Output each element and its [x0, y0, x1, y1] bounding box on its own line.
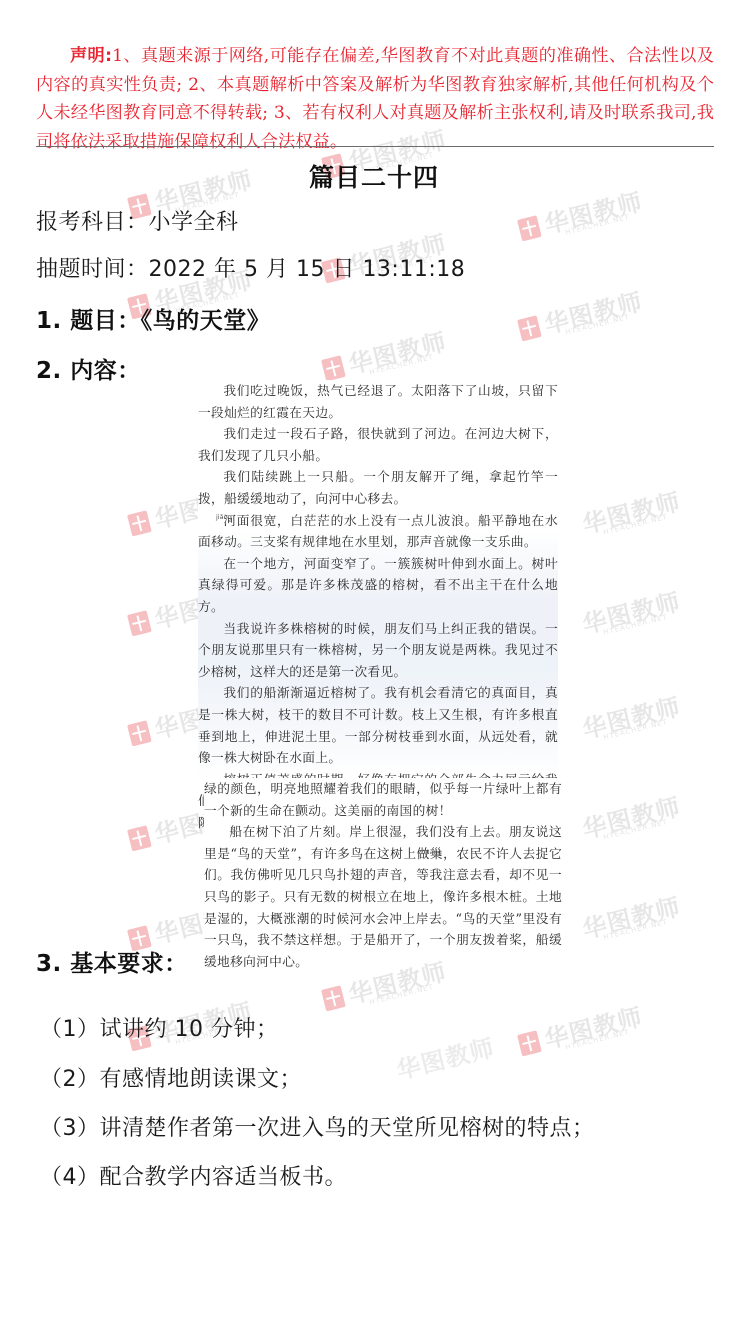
- divider-line: [36, 146, 714, 147]
- watermark-subtext: HTEACHER.NET: [565, 213, 631, 237]
- hteacher-logo-icon: [127, 510, 152, 536]
- passage-paragraph: 河面很宽，白茫茫的水上没有一点儿波浪。船平静地在水面移动。三支桨有规律地在水里划…: [198, 510, 558, 553]
- requirement-item: （3）讲清楚作者第一次进入鸟的天堂所见榕树的特点；: [40, 1111, 595, 1142]
- draw-time: 抽题时间：2022 年 5 月 15 日 13:11:18: [36, 252, 465, 283]
- hteacher-logo-icon: [517, 1030, 542, 1056]
- hteacher-logo-icon: [127, 610, 152, 636]
- disclaimer-notice: 声明:1、真题来源于网络,可能存在偏差,华图教育不对此真题的准确性、合法性以及内…: [36, 42, 714, 156]
- watermark-logo: 华图教师 HTEACHER.NET: [552, 575, 691, 657]
- passage-paragraph: 当我说许多株榕树的时候，朋友们马上纠正我的错误。一个朋友说那里只有一株榕树，另一…: [198, 618, 558, 683]
- watermark-logo: 华图教师 HTEACHER.NET: [552, 880, 691, 962]
- hteacher-logo-icon: [517, 215, 542, 241]
- document-title: 篇目二十四: [0, 158, 748, 194]
- watermark-subtext: HTEACHER.NET: [603, 918, 669, 942]
- watermark-subtext: HTEACHER.NET: [565, 313, 631, 337]
- hteacher-logo-icon: [127, 720, 152, 746]
- watermark-subtext: HTEACHER.NET: [603, 818, 669, 842]
- requirements-heading: 3. 基本要求：: [36, 945, 188, 978]
- watermark-subtext: HTEACHER.NET: [369, 983, 435, 1007]
- watermark-subtext: HTEACHER.NET: [603, 613, 669, 637]
- watermark-subtext: HTEACHER.NET: [603, 718, 669, 742]
- watermark-text: 华图教师: [578, 687, 683, 745]
- watermark-text: 华图教师: [578, 582, 683, 640]
- watermark-text: 华图教师: [578, 482, 683, 540]
- hteacher-logo-icon: [321, 985, 346, 1011]
- passage-paragraph: 我们陆续跳上一只船。一个朋友解开了绳，拿起竹竿一拨，船缓缓地动了，向河中心移去。: [198, 466, 558, 509]
- watermark-logo: 华图教师 HTEACHER.NET: [552, 475, 691, 557]
- passage-paragraph: 我们吃过晚饭，热气已经退了。太阳落下了山坡，只留下一段灿烂的红霞在天边。: [198, 380, 558, 423]
- hteacher-logo-icon: [321, 355, 346, 381]
- watermark-text: 华图教师: [392, 1028, 497, 1086]
- exam-document-page: 华图教师 HTEACHER.NET 华图教师 HTEACHER.NET 华图教师…: [0, 0, 748, 1335]
- hteacher-logo-icon: [127, 825, 152, 851]
- watermark-logo: 华图教师 HTEACHER.NET: [514, 275, 653, 357]
- topic-title: 《鸟的天堂》: [141, 308, 271, 334]
- watermark-subtext: HTEACHER.NET: [603, 513, 669, 537]
- disclaimer-label: 声明:: [70, 46, 112, 66]
- disclaimer-text: 1、真题来源于网络,可能存在偏差,华图教育不对此真题的准确性、合法性以及内容的真…: [36, 46, 714, 152]
- requirement-item: （4）配合教学内容适当板书。: [40, 1160, 347, 1191]
- requirement-item: （1）试讲约 10 分钟；: [40, 1012, 278, 1043]
- watermark-text: 华图教师: [578, 887, 683, 945]
- passage-paragraph: 船在树下泊了片刻。岸上很湿，我们没有上去。朋友说这里是“鸟的天堂”，有许多鸟在这…: [204, 821, 562, 972]
- passage-page-top: 我们吃过晚饭，热气已经退了。太阳落下了山坡，只留下一段灿烂的红霞在天边。 我们走…: [198, 380, 558, 778]
- exam-subject: 报考科目：小学全科: [36, 205, 239, 236]
- content-heading: 2. 内容：: [36, 352, 141, 385]
- passage-page-bottom: 绿的颜色，明亮地照耀着我们的眼睛，似乎每一片绿叶上都有一个新的生命在颤动。这美丽…: [204, 778, 562, 952]
- passage-paragraph: 在一个地方，河面变窄了。一簇簇树叶伸到水面上。树叶真绿得可爱。那是许多株茂盛的榕…: [198, 553, 558, 618]
- watermark-text: 华图教师: [540, 997, 645, 1055]
- passage-paragraph: 绿的颜色，明亮地照耀着我们的眼睛，似乎每一片绿叶上都有一个新的生命在颤动。这美丽…: [204, 778, 562, 821]
- watermark-text: 华图教师: [540, 282, 645, 340]
- watermark-subtext: HTEACHER.NET: [369, 353, 435, 377]
- passage-paragraph: 我们的船渐渐逼近榕树了。我有机会看清它的真面目，真是一株大树，枝干的数目不可计数…: [198, 682, 558, 768]
- textbook-passage-image: 我们吃过晚饭，热气已经退了。太阳落下了山坡，只留下一段灿烂的红霞在天边。 我们走…: [198, 380, 563, 952]
- hteacher-logo-icon: [517, 315, 542, 341]
- pinyin-annotation: jiǎng: [216, 514, 232, 521]
- requirement-item: （2）有感情地朗读课文；: [40, 1062, 302, 1093]
- watermark-logo: 华图教师: [366, 1021, 505, 1103]
- watermark-logo: 华图教师 HTEACHER.NET: [514, 990, 653, 1072]
- passage-paragraph: 我们走过一段石子路，很快就到了河边。在河边大树下，我们发现了几只小船。: [198, 423, 558, 466]
- watermark-text: 华图教师: [578, 787, 683, 845]
- watermark-logo: 华图教师 HTEACHER.NET: [552, 680, 691, 762]
- watermark-text: 华图教师: [344, 322, 449, 380]
- watermark-subtext: HTEACHER.NET: [565, 1028, 631, 1052]
- topic-label: 1. 题目：: [36, 308, 141, 334]
- watermark-logo: 华图教师 HTEACHER.NET: [552, 780, 691, 862]
- pinyin-annotation: zhuāng: [418, 849, 442, 856]
- topic-heading: 1. 题目：《鸟的天堂》: [36, 302, 270, 335]
